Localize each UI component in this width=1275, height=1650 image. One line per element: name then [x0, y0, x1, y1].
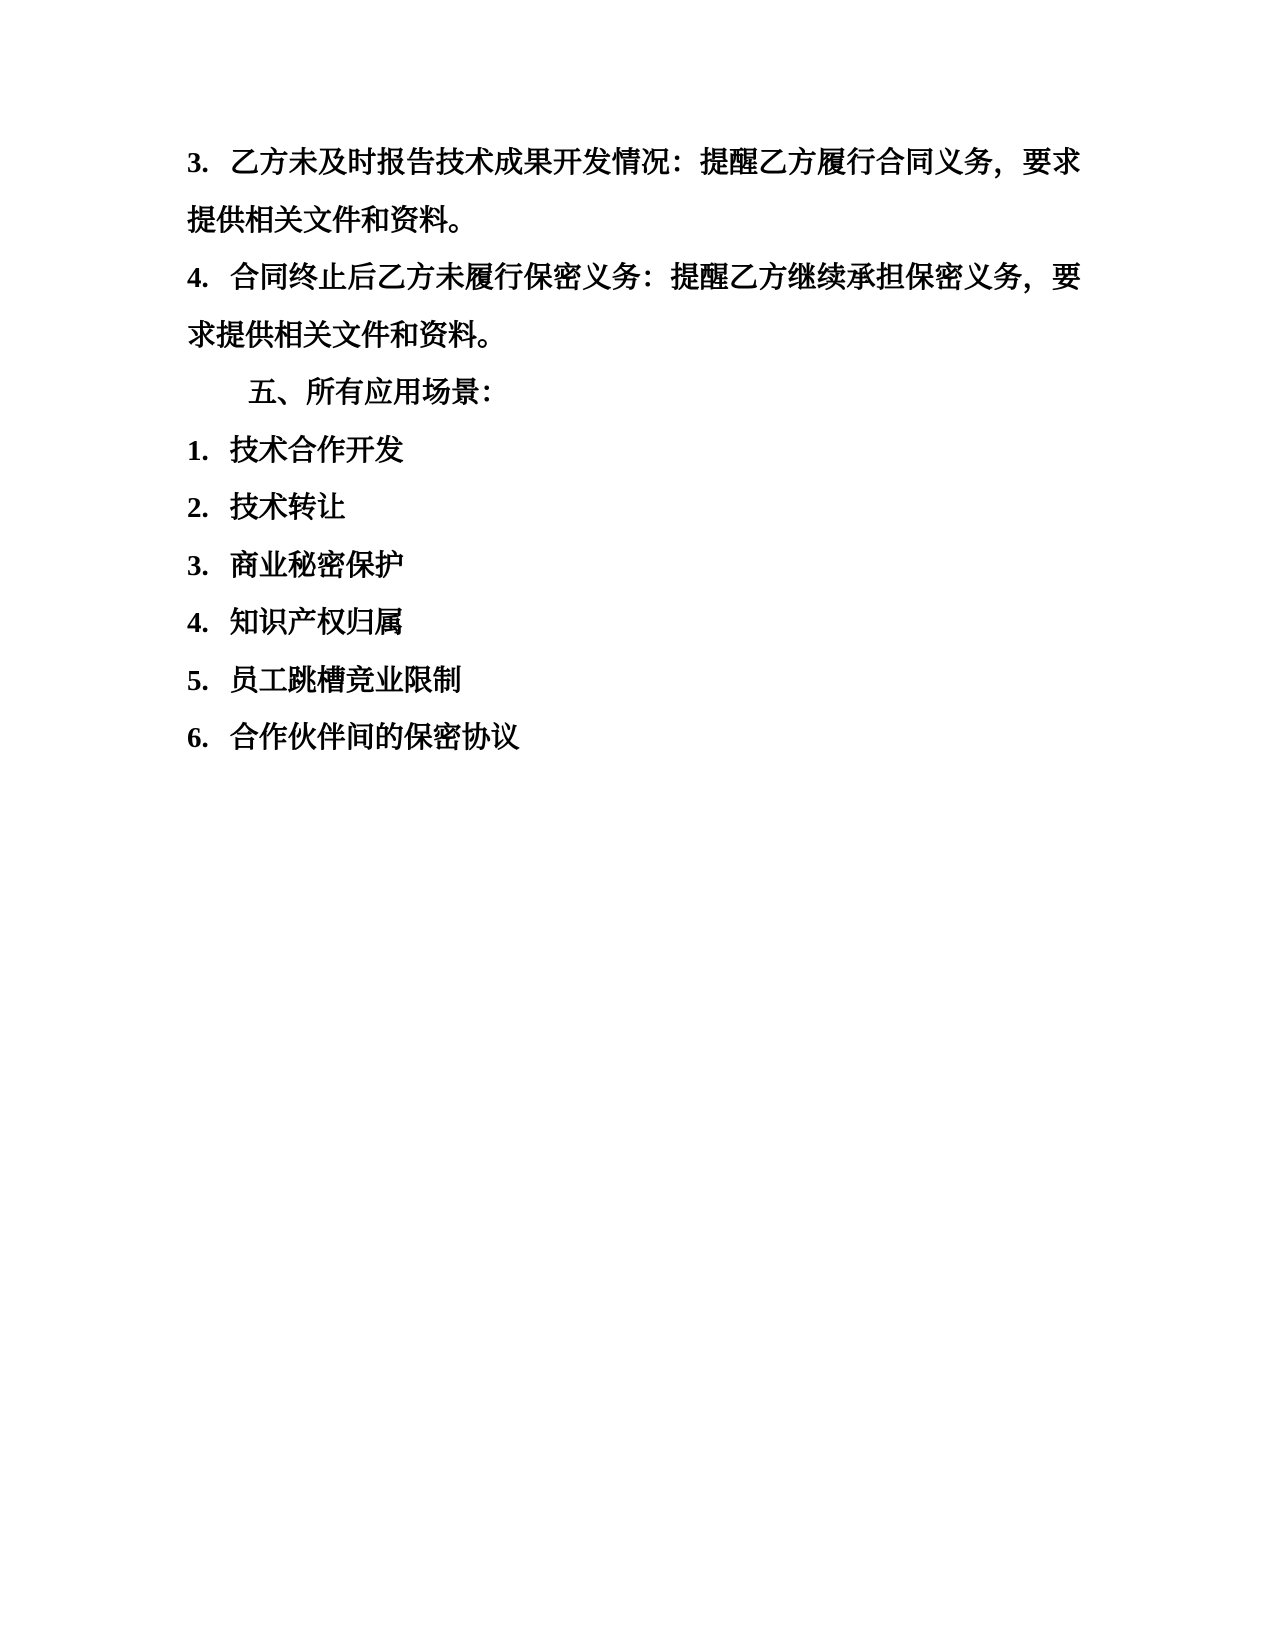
list-item-number: 3.: [187, 538, 209, 596]
clause-paragraph: 3.乙方未及时报告技术成果开发情况：提醒乙方履行合同义务，要求提供相关文件和资料…: [187, 135, 1081, 250]
list-item-number: 2.: [187, 480, 209, 538]
list-item-text: 技术转让: [230, 492, 346, 524]
list-item: 1.技术合作开发: [187, 423, 1081, 481]
list-item-number: 5.: [187, 653, 209, 711]
document-page: 3.乙方未及时报告技术成果开发情况：提醒乙方履行合同义务，要求提供相关文件和资料…: [0, 0, 1275, 1650]
clause-number: 4.: [187, 250, 209, 308]
clause-text: 乙方未及时报告技术成果开发情况：提醒乙方履行合同义务，要求提供相关文件和资料。: [187, 147, 1081, 237]
list-item-text: 员工跳槽竞业限制: [230, 665, 462, 697]
clause-number: 3.: [187, 135, 209, 193]
list-item-text: 技术合作开发: [230, 435, 404, 467]
list-item: 3.商业秘密保护: [187, 538, 1081, 596]
clause-text: 合同终止后乙方未履行保密义务：提醒乙方继续承担保密义务，要求提供相关文件和资料。: [187, 262, 1081, 352]
document-content: 3.乙方未及时报告技术成果开发情况：提醒乙方履行合同义务，要求提供相关文件和资料…: [187, 135, 1081, 768]
list-item: 2.技术转让: [187, 480, 1081, 538]
clause-paragraph: 4.合同终止后乙方未履行保密义务：提醒乙方继续承担保密义务，要求提供相关文件和资…: [187, 250, 1081, 365]
list-item-text: 商业秘密保护: [230, 550, 404, 582]
list-item: 4.知识产权归属: [187, 595, 1081, 653]
list-item-text: 知识产权归属: [230, 607, 404, 639]
list-item: 6.合作伙伴间的保密协议: [187, 710, 1081, 768]
list-item-text: 合作伙伴间的保密协议: [230, 722, 520, 754]
list-item-number: 1.: [187, 423, 209, 481]
section-heading: 五、所有应用场景：: [187, 365, 1081, 423]
list-item-number: 6.: [187, 710, 209, 768]
list-item-number: 4.: [187, 595, 209, 653]
list-item: 5.员工跳槽竞业限制: [187, 653, 1081, 711]
